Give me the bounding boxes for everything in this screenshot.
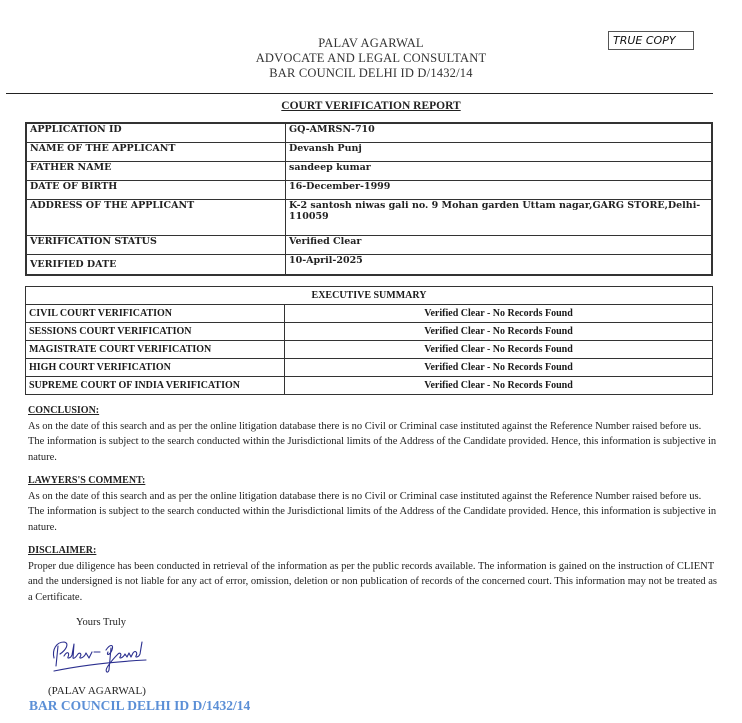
row-label: ADDRESS OF THE APPLICANT	[26, 199, 286, 235]
conclusion-section: CONCLUSION: As on the date of this searc…	[28, 403, 718, 465]
table-row: FATHER NAMEsandeep kumar	[26, 161, 712, 180]
row-value: Verified Clear - No Records Found	[285, 377, 713, 395]
closing-text: Yours Truly	[76, 617, 126, 628]
table-row: VERIFICATION STATUSVerified Clear	[26, 235, 712, 254]
disclaimer-text: Proper due diligence has been conducted …	[28, 561, 717, 603]
table-row: APPLICATION IDGQ-AMRSN-710	[26, 123, 712, 142]
conclusion-text: As on the date of this search and as per…	[28, 421, 716, 463]
signature-image	[48, 636, 153, 678]
row-label: SESSIONS COURT VERIFICATION	[26, 323, 285, 341]
report-title: COURT VERIFICATION REPORT	[0, 100, 742, 112]
table-row: ADDRESS OF THE APPLICANTK-2 santosh niwa…	[26, 199, 712, 235]
table-row: SESSIONS COURT VERIFICATIONVerified Clea…	[26, 323, 713, 341]
signatory-bar-id: BAR COUNCIL DELHI ID D/1432/14	[29, 698, 250, 714]
executive-summary-table: EXECUTIVE SUMMARY CIVIL COURT VERIFICATI…	[25, 286, 713, 395]
executive-summary-title: EXECUTIVE SUMMARY	[26, 287, 713, 305]
conclusion-title: CONCLUSION:	[28, 403, 718, 419]
row-label: CIVIL COURT VERIFICATION	[26, 305, 285, 323]
table-row: DATE OF BIRTH16-December-1999	[26, 180, 712, 199]
advocate-designation: ADVOCATE AND LEGAL CONSULTANT	[0, 51, 742, 66]
header-divider	[6, 93, 713, 94]
lawyers-comment-section: LAWYERS'S COMMENT: As on the date of thi…	[28, 473, 718, 535]
table-row: VERIFIED DATE10-April-2025	[26, 254, 712, 275]
row-value: 10-April-2025	[286, 254, 713, 275]
advocate-bar-id: BAR COUNCIL DELHI ID D/1432/14	[0, 66, 742, 81]
row-value: Verified Clear - No Records Found	[285, 359, 713, 377]
row-value: Verified Clear - No Records Found	[285, 323, 713, 341]
row-value: Verified Clear	[286, 235, 713, 254]
lawyers-comment-text: As on the date of this search and as per…	[28, 491, 716, 533]
true-copy-stamp: TRUE COPY	[608, 31, 694, 50]
row-value: Verified Clear - No Records Found	[285, 341, 713, 359]
applicant-info-table: APPLICATION IDGQ-AMRSN-710 NAME OF THE A…	[25, 122, 713, 276]
table-row: CIVIL COURT VERIFICATIONVerified Clear -…	[26, 305, 713, 323]
lawyers-comment-title: LAWYERS'S COMMENT:	[28, 473, 718, 489]
row-label: HIGH COURT VERIFICATION	[26, 359, 285, 377]
row-label: FATHER NAME	[26, 161, 286, 180]
row-value: Devansh Punj	[286, 142, 713, 161]
row-value: 16-December-1999	[286, 180, 713, 199]
row-label: NAME OF THE APPLICANT	[26, 142, 286, 161]
row-label: MAGISTRATE COURT VERIFICATION	[26, 341, 285, 359]
table-row: NAME OF THE APPLICANTDevansh Punj	[26, 142, 712, 161]
row-label: APPLICATION ID	[26, 123, 286, 142]
table-row: HIGH COURT VERIFICATIONVerified Clear - …	[26, 359, 713, 377]
row-label: VERIFICATION STATUS	[26, 235, 286, 254]
row-value: GQ-AMRSN-710	[286, 123, 713, 142]
row-label: SUPREME COURT OF INDIA VERIFICATION	[26, 377, 285, 395]
row-label: VERIFIED DATE	[26, 254, 286, 275]
disclaimer-section: DISCLAIMER: Proper due diligence has bee…	[28, 543, 718, 605]
table-row: SUPREME COURT OF INDIA VERIFICATIONVerif…	[26, 377, 713, 395]
table-header-row: EXECUTIVE SUMMARY	[26, 287, 713, 305]
row-value: K-2 santosh niwas gali no. 9 Mohan garde…	[286, 199, 713, 235]
table-row: MAGISTRATE COURT VERIFICATIONVerified Cl…	[26, 341, 713, 359]
row-value: sandeep kumar	[286, 161, 713, 180]
row-value: Verified Clear - No Records Found	[285, 305, 713, 323]
disclaimer-title: DISCLAIMER:	[28, 543, 718, 559]
row-label: DATE OF BIRTH	[26, 180, 286, 199]
signatory-name: (PALAV AGARWAL)	[48, 685, 146, 697]
